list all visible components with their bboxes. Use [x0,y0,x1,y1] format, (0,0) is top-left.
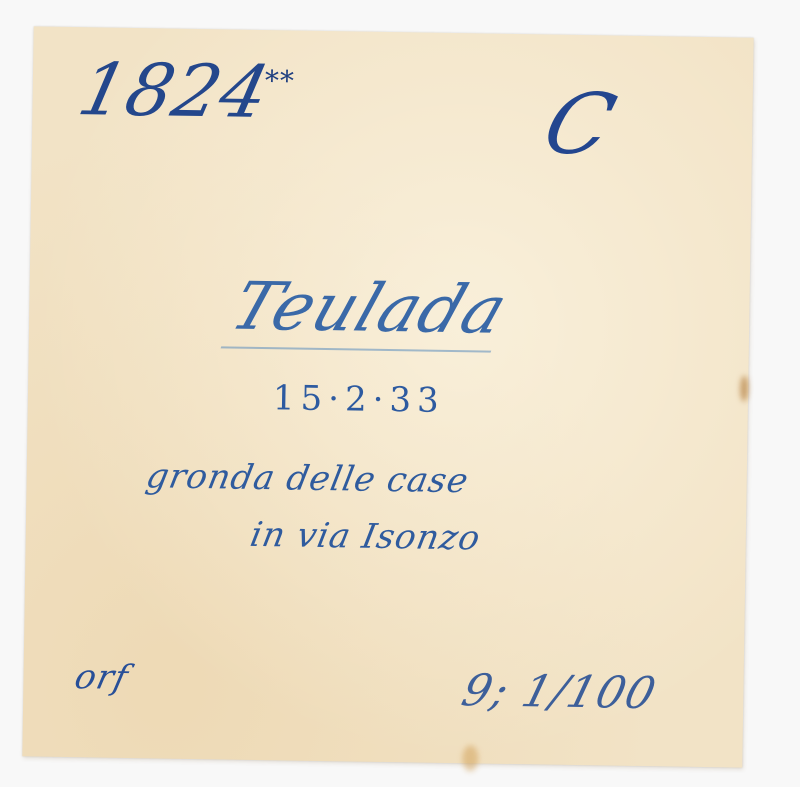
scale-note: 9; 1/100 [457,665,662,719]
description-line-2: in via Isonzo [247,515,484,558]
initials: orf [71,657,132,698]
catalog-number: 1824 [71,47,277,134]
label-card: 1824 ** C Teulada 15·2·33 gronda delle c… [22,26,753,767]
place-name: Teulada [221,268,518,353]
foxing-stain [462,745,478,771]
catalog-stars-mark: ** [265,64,296,97]
description-line-1: gronda delle case [143,456,472,501]
grade-letter: C [533,75,626,174]
scan-background: 1824 ** C Teulada 15·2·33 gronda delle c… [0,0,800,787]
date: 15·2·33 [273,378,445,421]
edge-stain [740,376,748,402]
